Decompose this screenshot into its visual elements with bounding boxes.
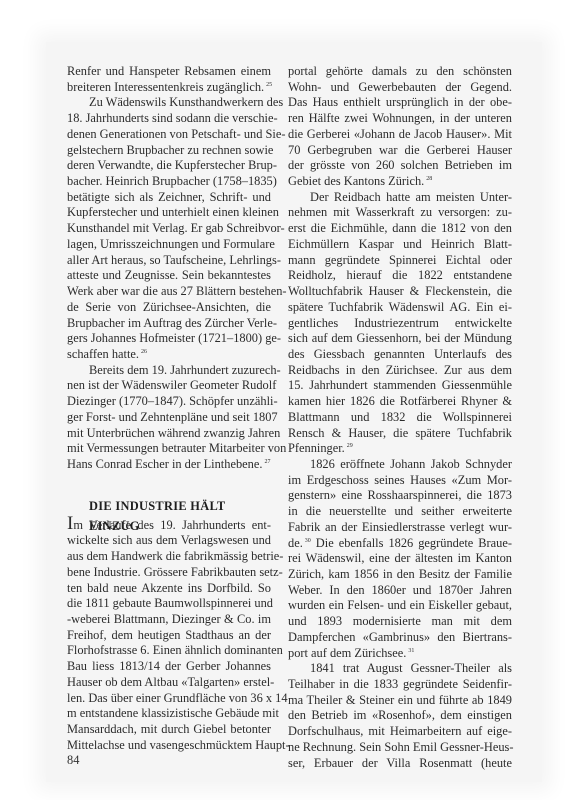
footnote-ref: 25 (266, 82, 272, 88)
line-text: aus dem Handwerk die fabrikmässig betrie… (67, 549, 283, 563)
text-line: gers Johannes Hofmeister (1721–1800) ge- (67, 331, 271, 347)
text-line: deren Verwandte, die Kupferstecher Brup- (67, 158, 271, 174)
text-line: 70 Gerbegruben war die Gerberei Hauser (288, 143, 512, 159)
line-text: Weber. In den 1860er und 1870er Jahren (288, 583, 512, 597)
text-line: Renfer und Hanspeter Rebsamen einem (67, 64, 271, 80)
text-line: atteste und Zeugnisse. Sein bekanntestes (67, 268, 271, 284)
text-line: gelstechern Brupbacher zu rechnen sowie (67, 143, 271, 159)
left-paragraphs-before-heading: Renfer und Hanspeter Rebsamen einembreit… (67, 64, 271, 473)
text-line: wurden ein Felsen- und ein Eiskeller geb… (288, 598, 512, 614)
text-line: -weberei Blattmann, Diezinger & Co. im (67, 612, 271, 628)
line-text: in die neuerstellte und seither erweiter… (288, 504, 512, 518)
line-text: atteste und Zeugnisse. Sein bekanntestes (67, 268, 271, 282)
text-line: kamen hier 1826 die Rotfärberei Rhyner & (288, 394, 512, 410)
line-text: mit Unterbrüchen während zwanzig Jahren (67, 426, 280, 440)
line-text: Blattmann und 1832 die Wollspinnerei (288, 410, 512, 424)
text-line: rei Wädenswil, eine der ältesten im Kant… (288, 551, 512, 567)
text-line: Hauser ob dem Altbau «Talgarten» erstel- (67, 675, 271, 691)
line-text: rei Wädenswil, eine der ältesten im Kant… (288, 551, 512, 565)
text-line: Mansarddach, mit durch Giebel betonter (67, 722, 271, 738)
line-text: der grösste von 260 solchen Betrieben im (288, 158, 512, 172)
text-line: 1841 trat August Gessner-Theiler als (288, 661, 512, 677)
line-text: gentliches Industriezentrum entwickelte (288, 316, 512, 330)
line-text: gers Johannes Hofmeister (1721–1800) ge- (67, 331, 281, 345)
line-text: erst die Eichmühle, dann die 1812 von de… (288, 221, 512, 235)
line-text: Freihof, dem heutigen Stadthaus an der (67, 628, 271, 642)
text-line: portal gehörte damals zu den schönsten (288, 64, 512, 80)
line-text: Dampferchen «Gambrinus» den Biertrans- (288, 630, 512, 644)
page-number: 84 (67, 753, 79, 768)
line-text: genstern» eine Rosshaarspinnerei, die 18… (288, 488, 512, 502)
text-line: bene Industrie. Grössere Fabrikbauten se… (67, 565, 271, 581)
text-line: aller Art heraus, so Taufscheine, Lehrli… (67, 253, 271, 269)
text-line: lagen, Umrisszeichnungen und Formulare (67, 237, 271, 253)
line-text: Mittelachse und vasengeschmücktem Haupt- (67, 738, 290, 752)
line-text: mann gegründete Spinnerei Eichtal oder (288, 253, 512, 267)
text-line: wickelte sich aus dem Verlagswesen und (67, 533, 271, 549)
text-line: betätigte sich als Zeichner, Schrift- un… (67, 190, 271, 206)
text-line: im Erdgeschoss seines Hauses «Zum Mor- (288, 473, 512, 489)
text-line: Kupferstecher und unterhielt einen klein… (67, 205, 271, 221)
line-text: Renfer und Hanspeter Rebsamen einem (67, 64, 271, 78)
line-text: Bereits dem 19. Jahrhundert zuzurech- (89, 363, 281, 377)
line-text: m entstandene klassizistische Gebäude mi… (67, 706, 279, 720)
text-line: sich auf dem Giessenhorn, bei der Mündun… (288, 331, 512, 347)
line-text: im Erdgeschoss seines Hauses «Zum Mor- (288, 473, 512, 487)
line-text: wurden ein Felsen- und ein Eiskeller geb… (288, 598, 512, 612)
text-line: Der Reidbach hatte am meisten Unter- (288, 190, 512, 206)
line-text: Zu Wädenswils Kunsthandwerkern des (89, 95, 283, 109)
line-text: die 1811 gebaute Baumwollspinnerei und (67, 596, 273, 610)
text-line: mit Vermessungen betrauter Mitarbeiter v… (67, 441, 271, 457)
line-text: schaffen hatte. (67, 347, 139, 361)
line-text: 15. Jahrhundert stammenden Giessenmühle (288, 378, 512, 392)
line-text: Pfenninger. (288, 441, 345, 455)
line-text: nehmen mit Wasserkraft zu versorgen: zu- (288, 205, 512, 219)
line-text: Gebiet des Kantons Zürich. (288, 174, 424, 188)
line-text: bene Industrie. Grössere Fabrikbauten se… (67, 565, 283, 579)
text-line: Werk aber war die aus 27 Blättern besteh… (67, 284, 271, 300)
line-text: den Betrieb im «Rosenhof», dem einstigen (288, 708, 512, 722)
text-line: nehmen mit Wasserkraft zu versorgen: zu- (288, 205, 512, 221)
footnote-ref: 27 (264, 459, 270, 465)
text-line: aus dem Handwerk die fabrikmässig betrie… (67, 549, 271, 565)
text-line: Kunsthandel mit Verlag. Er gab Schreibvo… (67, 221, 271, 237)
text-line: Teilhaber in die 1833 gegründete Seidenf… (288, 677, 512, 693)
text-line: ne Rechnung. Sein Sohn Emil Gessner-Heus… (288, 740, 512, 756)
text-line: Zürich, kam 1856 in den Besitz der Famil… (288, 567, 512, 583)
footnote-ref: 26 (141, 349, 147, 355)
line-text: Florhofstrasse 6. Einen ähnlich dominant… (67, 643, 283, 657)
line-text: Bau liess 1813/14 der Gerber Johannes (67, 659, 271, 673)
line-text: breiteren Interessentenkreis zugänglich. (67, 80, 264, 94)
text-line: Mittelachse und vasengeschmücktem Haupt- (67, 738, 271, 754)
line-text: sich auf dem Giessenhorn, bei der Mündun… (288, 331, 512, 345)
line-text: portal gehörte damals zu den schönsten (288, 64, 512, 78)
text-line: 18. Jahrhunderts sind sodann die verschi… (67, 111, 271, 127)
text-line: die Gerberei «Johann de Jacob Hauser». M… (288, 127, 512, 143)
line-text: Reidholz, hierauf die 1822 entstandene (288, 268, 512, 282)
line-text: de Serie von Zürichsee-Ansichten, die (67, 300, 271, 314)
spacer (67, 473, 271, 496)
text-line: Rensch & Hauser, die spätere Tuchfabrik (288, 426, 512, 442)
text-line: breiteren Interessentenkreis zugänglich.… (67, 80, 271, 96)
text-line: erst die Eichmühle, dann die 1812 von de… (288, 221, 512, 237)
line-text: Wohn- und Gewerbebauten der Gegend. (288, 80, 512, 94)
line-text: lagen, Umrisszeichnungen und Formulare (67, 237, 275, 251)
text-line: Diezinger (1770–1847). Schöpfer unzähli- (67, 394, 271, 410)
text-line: Brupbacher im Auftrag des Zürcher Verle- (67, 316, 271, 332)
line-text: len. Das über einer Grundfläche von 36 x… (67, 691, 288, 705)
text-line: m entstandene klassizistische Gebäude mi… (67, 706, 271, 722)
line-text: nen ist der Wädenswiler Geometer Rudolf (67, 378, 276, 392)
line-text: 1841 trat August Gessner-Theiler als (310, 661, 512, 675)
text-line: Wolltuchfabrik Hauser & Fleckenstein, di… (288, 284, 512, 300)
line-text: deren Verwandte, die Kupferstecher Brup- (67, 158, 277, 172)
footnote-ref: 29 (347, 443, 353, 449)
text-line: len. Das über einer Grundfläche von 36 x… (67, 691, 271, 707)
line-text: 70 Gerbegruben war die Gerberei Hauser (288, 143, 512, 157)
text-line: mann gegründete Spinnerei Eichtal oder (288, 253, 512, 269)
line-text: Dorfschulhaus, mit Heimarbeitern auf eig… (288, 724, 512, 738)
text-line: port auf dem Zürichsee.31 (288, 646, 512, 662)
text-line: Dampferchen «Gambrinus» den Biertrans- (288, 630, 512, 646)
text-line: Reidholz, hierauf die 1822 entstandene (288, 268, 512, 284)
line-text: 18. Jahrhunderts sind sodann die verschi… (67, 111, 278, 125)
line-text: ne Rechnung. Sein Sohn Emil Gessner-Heus… (288, 740, 514, 754)
text-line: de.30 Die ebenfalls 1826 gegründete Brau… (288, 536, 512, 552)
text-line: des Giessbach genannten Unterlaufs des (288, 347, 512, 363)
text-line: ger Forst- und Zehntenpläne und seit 180… (67, 410, 271, 426)
line-text: Das Haus enthielt ursprünglich in der ob… (288, 95, 512, 109)
text-line: Bereits dem 19. Jahrhundert zuzurech- (67, 363, 271, 379)
text-line: 1826 eröffnete Johann Jakob Schnyder (288, 457, 512, 473)
text-line: de Serie von Zürichsee-Ansichten, die (67, 300, 271, 316)
text-line: ren Hälfte zwei Wohnungen, in der untere… (288, 111, 512, 127)
text-line: Gebiet des Kantons Zürich.28 (288, 174, 512, 190)
line-text: betätigte sich als Zeichner, Schrift- un… (67, 190, 271, 204)
text-line: Blattmann und 1832 die Wollspinnerei (288, 410, 512, 426)
line-text: Teilhaber in die 1833 gegründete Seidenf… (288, 677, 512, 691)
text-line: spätere Tuchfabrik Wädenswil AG. Ein ei- (288, 300, 512, 316)
text-line: bacher. Heinrich Brupbacher (1758–1835) (67, 174, 271, 190)
text-line: Fabrik an der Einsiedlerstrasse verlegt … (288, 520, 512, 536)
line-text: Kunsthandel mit Verlag. Er gab Schreibvo… (67, 221, 285, 235)
first-line-rest: m Verlaufe des 19. Jahrhunderts ent- (73, 518, 271, 532)
text-line: mit Unterbrüchen während zwanzig Jahren (67, 426, 271, 442)
line-text: de. (288, 536, 303, 550)
right-column: portal gehörte damals zu den schönstenWo… (288, 64, 512, 771)
text-line: ten bald neue Akzente ins Dorfbild. So (67, 581, 271, 597)
line-text: port auf dem Zürichsee. (288, 646, 406, 660)
text-line: schaffen hatte.26 (67, 347, 271, 363)
text-line: die 1811 gebaute Baumwollspinnerei und (67, 596, 271, 612)
line-text: kamen hier 1826 die Rotfärberei Rhyner & (288, 394, 512, 408)
line-text: Brupbacher im Auftrag des Zürcher Verle- (67, 316, 277, 330)
line-text: und 1893 modernisierte man mit dem (288, 614, 512, 628)
text-line: 15. Jahrhundert stammenden Giessenmühle (288, 378, 512, 394)
footnote-ref: 31 (408, 648, 414, 654)
text-line: der grösste von 260 solchen Betrieben im (288, 158, 512, 174)
text-line: Dorfschulhaus, mit Heimarbeitern auf eig… (288, 724, 512, 740)
line-text: denen Generationen von Petschaft- und Si… (67, 127, 286, 141)
text-line: Reidbachs in den Zürichsee. Zur aus dem (288, 363, 512, 379)
line-text: Wolltuchfabrik Hauser & Fleckenstein, di… (288, 284, 512, 298)
line-text: spätere Tuchfabrik Wädenswil AG. Ein ei- (288, 300, 512, 314)
text-line: Freihof, dem heutigen Stadthaus an der (67, 628, 271, 644)
section-heading: DIE INDUSTRIE HÄLT EINZUG (67, 496, 271, 518)
line-text: -weberei Blattmann, Diezinger & Co. im (67, 612, 271, 626)
line-text: des Giessbach genannten Unterlaufs des (288, 347, 512, 361)
line-text: die Gerberei «Johann de Jacob Hauser». M… (288, 127, 512, 141)
left-column: Renfer und Hanspeter Rebsamen einembreit… (67, 64, 271, 753)
text-line: ma Theiler & Steiner ein und führte ab 1… (288, 693, 512, 709)
text-line: Wohn- und Gewerbebauten der Gegend. (288, 80, 512, 96)
first-line-after-heading: Im Verlaufe des 19. Jahrhunderts ent- (67, 518, 271, 534)
text-line: Weber. In den 1860er und 1870er Jahren (288, 583, 512, 599)
text-line: genstern» eine Rosshaarspinnerei, die 18… (288, 488, 512, 504)
line-text: wickelte sich aus dem Verlagswesen und (67, 533, 271, 547)
text-line: den Betrieb im «Rosenhof», dem einstigen (288, 708, 512, 724)
line-text: Kupferstecher und unterhielt einen klein… (67, 205, 279, 219)
left-paragraphs-after-heading: wickelte sich aus dem Verlagswesen undau… (67, 533, 271, 753)
text-line: und 1893 modernisierte man mit dem (288, 614, 512, 630)
line-text: aller Art heraus, so Taufscheine, Lehrli… (67, 253, 281, 267)
line-text: ten bald neue Akzente ins Dorfbild. So (67, 581, 271, 595)
text-line: Das Haus enthielt ursprünglich in der ob… (288, 95, 512, 111)
text-line: nen ist der Wädenswiler Geometer Rudolf (67, 378, 271, 394)
line-text: Hauser ob dem Altbau «Talgarten» erstel- (67, 675, 274, 689)
line-text: bacher. Heinrich Brupbacher (1758–1835) (67, 174, 277, 188)
text-line: gentliches Industriezentrum entwickelte (288, 316, 512, 332)
line-text: Rensch & Hauser, die spätere Tuchfabrik (288, 426, 512, 440)
text-line: denen Generationen von Petschaft- und Si… (67, 127, 271, 143)
text-line: ser, Erbauer der Villa Rosenmatt (heute (288, 756, 512, 772)
line-text: Reidbachs in den Zürichsee. Zur aus dem (288, 363, 512, 377)
text-line: Hans Conrad Escher in der Linthebene.27 (67, 457, 271, 473)
text-line: Pfenninger.29 (288, 441, 512, 457)
text-line: Bau liess 1813/14 der Gerber Johannes (67, 659, 271, 675)
line-text: Eichmüllern Kaspar und Heinrich Blatt- (288, 237, 512, 251)
line-text: Diezinger (1770–1847). Schöpfer unzähli- (67, 394, 278, 408)
footnote-ref: 28 (426, 176, 432, 182)
text-line: Florhofstrasse 6. Einen ähnlich dominant… (67, 643, 271, 659)
line-text: ger Forst- und Zehntenpläne und seit 180… (67, 410, 278, 424)
line-text: mit Vermessungen betrauter Mitarbeiter v… (67, 441, 286, 455)
line-text: ma Theiler & Steiner ein und führte ab 1… (288, 693, 512, 707)
line-text: Zürich, kam 1856 in den Besitz der Famil… (288, 567, 512, 581)
text-line: Eichmüllern Kaspar und Heinrich Blatt- (288, 237, 512, 253)
line-text: Mansarddach, mit durch Giebel betonter (67, 722, 271, 736)
line-text: gelstechern Brupbacher zu rechnen sowie (67, 143, 273, 157)
line-text: Werk aber war die aus 27 Blättern besteh… (67, 284, 287, 298)
line-text: Fabrik an der Einsiedlerstrasse verlegt … (288, 520, 512, 534)
line-text-continued: Die ebenfalls 1826 gegründete Braue- (311, 536, 512, 550)
line-text: 1826 eröffnete Johann Jakob Schnyder (310, 457, 512, 471)
text-line: in die neuerstellte und seither erweiter… (288, 504, 512, 520)
line-text: Hans Conrad Escher in der Linthebene. (67, 457, 262, 471)
line-text: ren Hälfte zwei Wohnungen, in der untere… (288, 111, 512, 125)
line-text: Der Reidbach hatte am meisten Unter- (310, 190, 512, 204)
line-text: ser, Erbauer der Villa Rosenmatt (heute (288, 756, 512, 770)
text-line: Zu Wädenswils Kunsthandwerkern des (67, 95, 271, 111)
